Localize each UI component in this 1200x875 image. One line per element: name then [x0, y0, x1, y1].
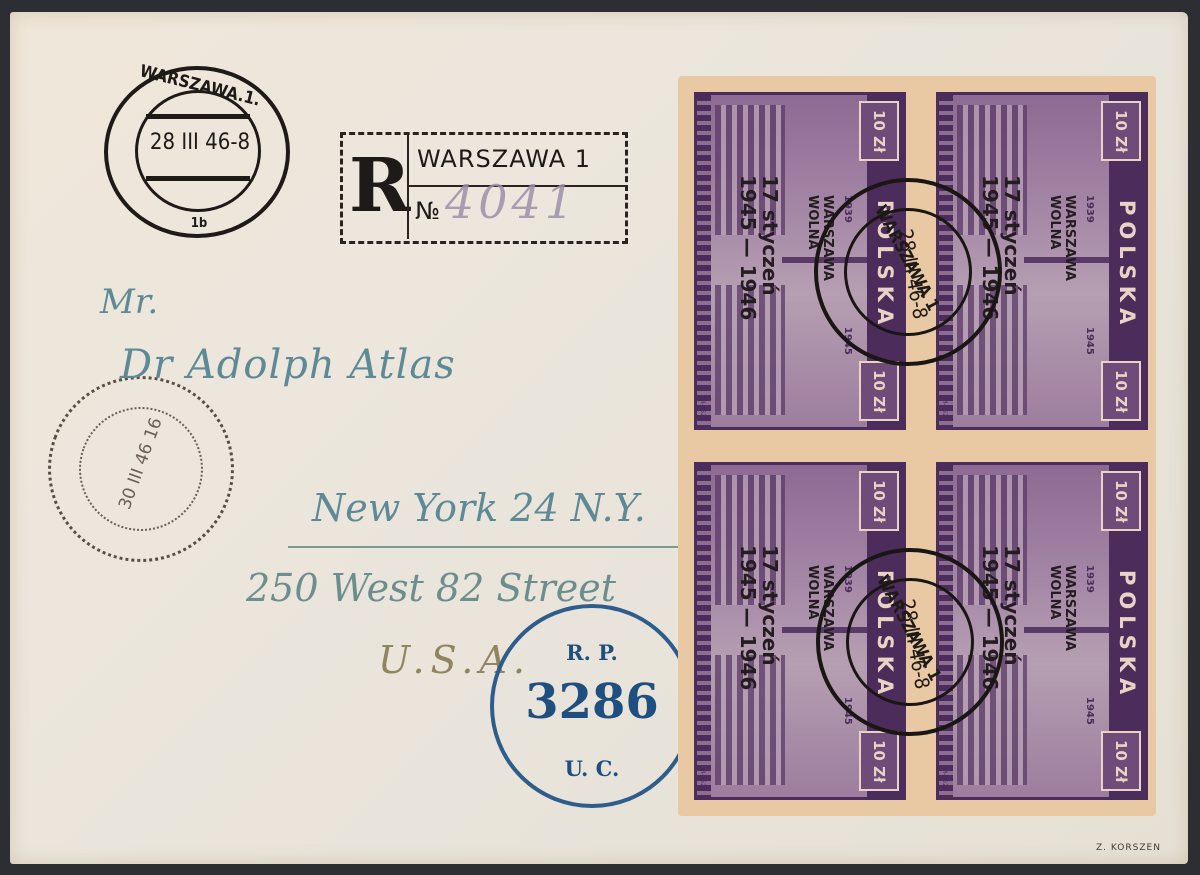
stamp-cancel: WARSZAWA 1 28 III 46-8	[816, 548, 1004, 736]
registration-number: 4041	[445, 175, 578, 229]
postmark-warszawa: WARSZAWA.1. 28 III 46-8 1b	[104, 66, 290, 238]
registration-number-prefix: №	[415, 197, 440, 225]
censor-number: 3286	[494, 674, 690, 730]
censor-bottom: U. C.	[494, 756, 690, 781]
address-city: New York 24 N.Y.	[312, 486, 646, 530]
stamp-overprint-date: 17 styczeń1945 — 1946	[737, 175, 781, 365]
address-name: Dr Adolph Atlas	[120, 342, 456, 388]
postmark-code: 1b	[184, 216, 214, 231]
censor-top: R. P.	[494, 640, 690, 665]
censor-mark: R. P. 3286 U. C.	[490, 604, 694, 808]
expert-signature: Z. KORSZEN	[1096, 843, 1161, 853]
registration-office: WARSZAWA 1	[417, 145, 591, 173]
registration-letter: R	[349, 143, 403, 229]
registration-label: R WARSZAWA 1 № 4041	[340, 132, 628, 244]
postmark-date: 28 III 46-8	[138, 130, 262, 155]
address-salutation: Mr.	[100, 282, 158, 322]
stamp-country: POLSKA	[1111, 545, 1143, 725]
stamp-country: POLSKA	[1111, 175, 1143, 355]
address-street: 250 West 82 Street	[246, 566, 616, 610]
stamp-cancel: WARSZAWA 1 28 III 46-8	[814, 178, 1002, 366]
stamp-overprint-date: 17 styczeń1945 — 1946	[737, 545, 781, 735]
